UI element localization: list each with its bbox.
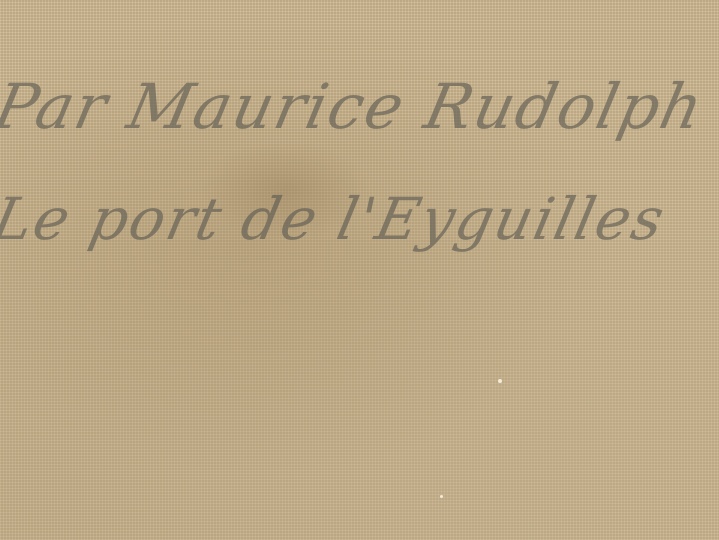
linen-canvas-back: Par Maurice Rudolph Le port de l'Eyguill… [0, 0, 719, 540]
inscription-line-2: Le port de l'Eyguilles [0, 185, 672, 253]
paint-speck [498, 379, 502, 383]
inscription-line-1: Par Maurice Rudolph [0, 70, 711, 143]
paint-speck [440, 495, 443, 498]
